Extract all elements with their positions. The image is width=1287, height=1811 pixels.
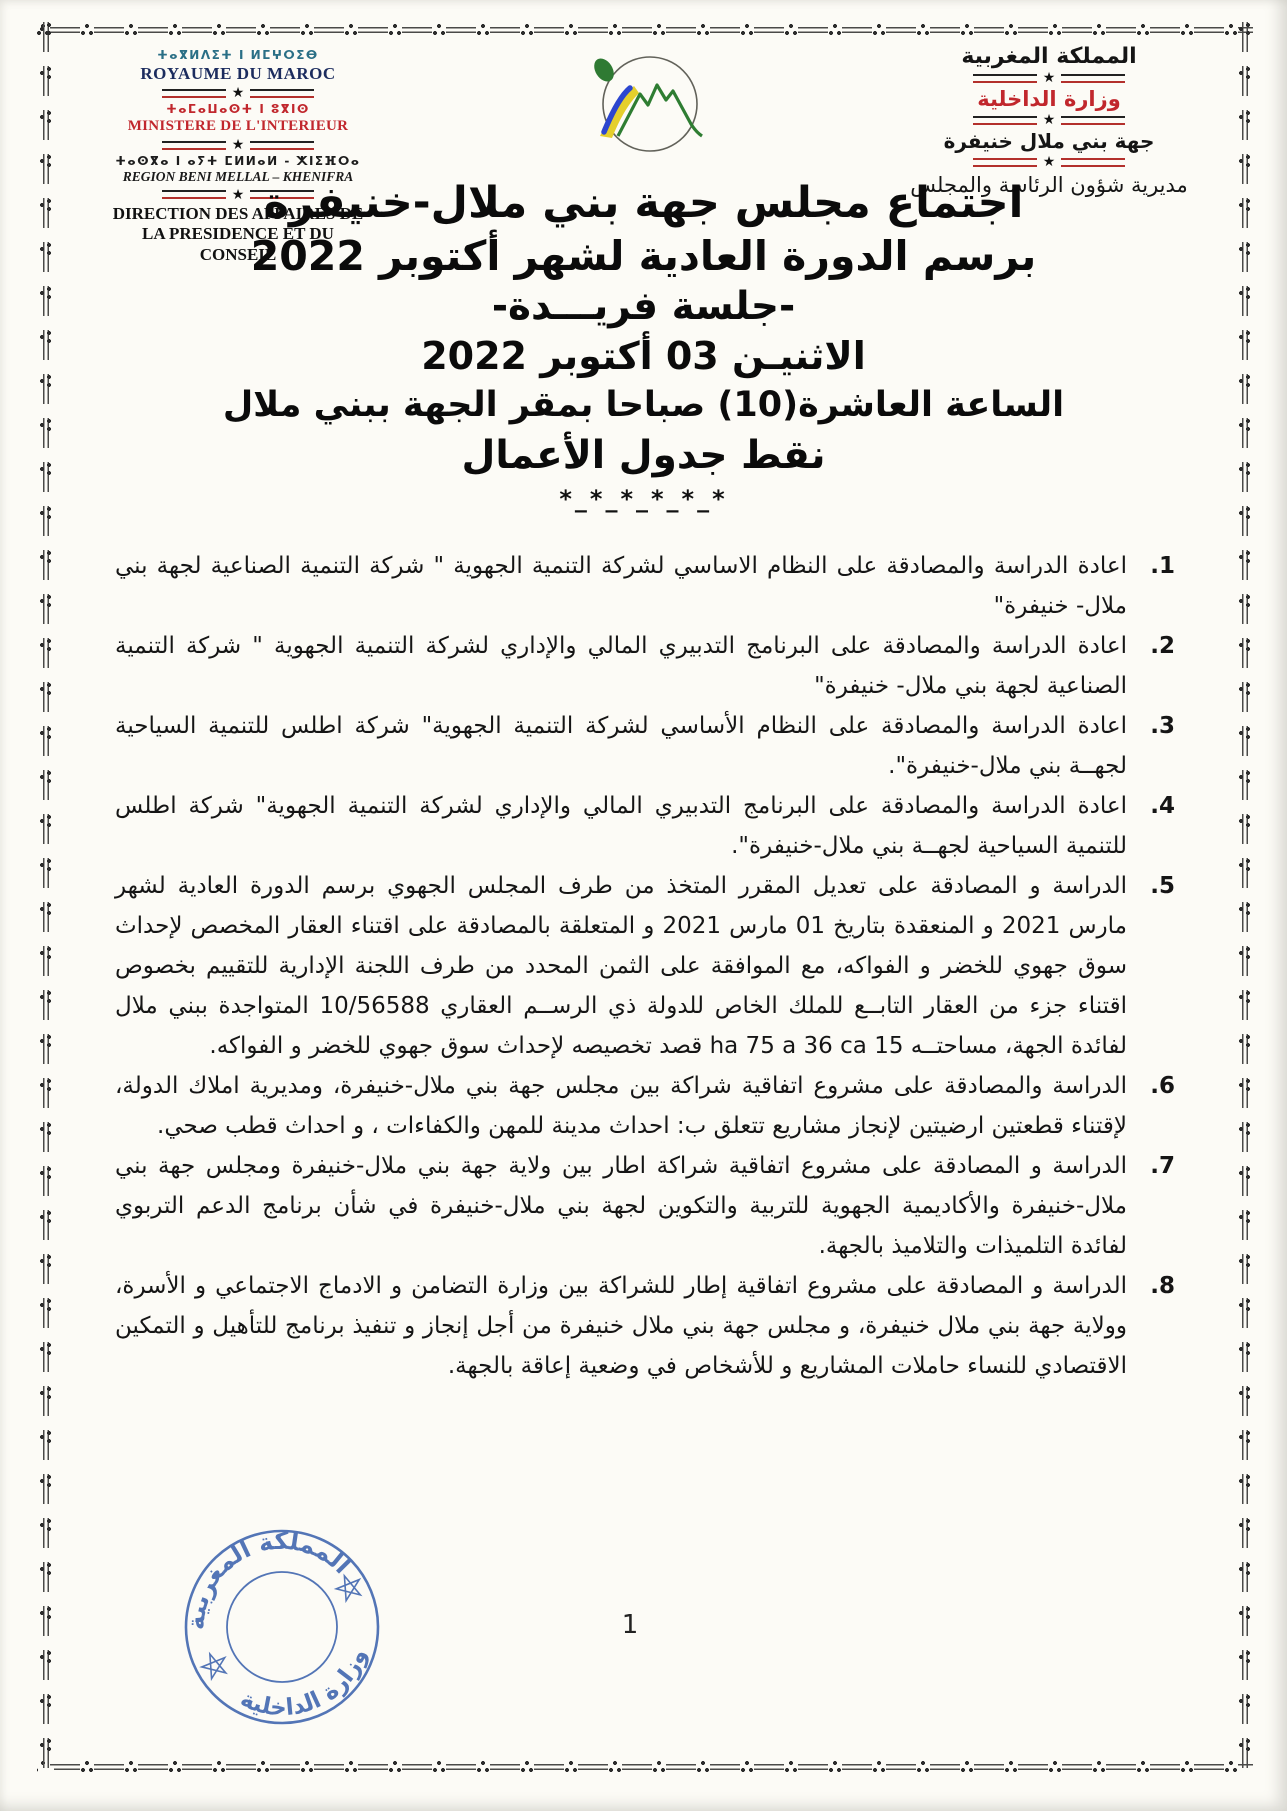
region-logo-graphic bbox=[578, 44, 728, 164]
divider-line bbox=[973, 158, 1037, 167]
agenda-item: 7. الدراسة و المصادقة على مشروع اتفاقية … bbox=[115, 1146, 1175, 1266]
title-line-3: -جلسة فريـــدة- bbox=[120, 282, 1167, 332]
agenda-item-number: 1. bbox=[1127, 546, 1175, 626]
star-icon: ★ bbox=[1043, 155, 1056, 169]
agenda-item: 8. الدراسة و المصادقة على مشروع اتفاقية … bbox=[115, 1266, 1175, 1386]
agenda-item-text: اعادة الدراسة والمصادقة على البرنامج الت… bbox=[115, 626, 1127, 706]
letterhead-arabic: المملكة المغربية ★ وزارة الداخلية ★ جهة … bbox=[899, 44, 1199, 197]
agenda-item: 6. الدراسة والمصادقة على مشروع اتفاقية ش… bbox=[115, 1066, 1175, 1146]
divider-line bbox=[250, 141, 314, 150]
divider-line bbox=[250, 89, 314, 98]
divider-line bbox=[973, 74, 1037, 83]
title-line-2: برسم الدورة العادية لشهر أكتوبر 2022 bbox=[120, 230, 1167, 282]
agenda-item-text: الدراسة و المصادقة على مشروع اتفاقية إطا… bbox=[115, 1266, 1127, 1386]
header-divider: ★ bbox=[108, 86, 368, 100]
agenda-item-text: اعادة الدراسة والمصادقة على البرنامج الت… bbox=[115, 786, 1127, 866]
tifinagh-region-line: ⵜⴰⵙⴳⴰ ⵏ ⴰⵢⵜ ⵎⵍⵍⴰⵍ - ⵅⵏⵉⴼⵔⴰ bbox=[108, 154, 368, 169]
ministry-ink-stamp: المملكة المغربية وزارة الداخلية bbox=[132, 1477, 431, 1776]
divider-line bbox=[1061, 158, 1125, 167]
header-divider: ★ bbox=[108, 138, 368, 152]
star-icon: ★ bbox=[232, 138, 245, 152]
agenda-item: 1. اعادة الدراسة والمصادقة على النظام ال… bbox=[115, 546, 1175, 626]
agenda-item-number: 8. bbox=[1127, 1266, 1175, 1386]
agenda-item-number: 3. bbox=[1127, 706, 1175, 786]
agenda-list: 1. اعادة الدراسة والمصادقة على النظام ال… bbox=[115, 546, 1175, 1386]
meeting-title-block: اجتماع مجلس جهة بني ملال-خنيفرة برسم الد… bbox=[120, 176, 1167, 516]
divider-line bbox=[973, 116, 1037, 125]
header-divider: ★ bbox=[899, 113, 1199, 127]
page-number: 1 bbox=[600, 1610, 660, 1640]
title-line-4: الاثنيـن 03 أكتوبر 2022 bbox=[120, 332, 1167, 380]
kingdom-fr-line: ROYAUME DU MAROC bbox=[108, 63, 368, 84]
agenda-item-text: اعادة الدراسة والمصادقة على النظام الاسا… bbox=[115, 546, 1127, 626]
agenda-item-text: الدراسة و المصادقة على مشروع اتفاقية شرا… bbox=[115, 1146, 1127, 1266]
star-icon: ★ bbox=[1043, 113, 1056, 127]
title-line-1: اجتماع مجلس جهة بني ملال-خنيفرة bbox=[120, 176, 1167, 230]
border-top bbox=[36, 22, 1253, 38]
stamp-top-text: المملكة المغربية bbox=[158, 1499, 361, 1640]
agenda-item-text: الدراسة و المصادقة على تعديل المقرر المت… bbox=[115, 866, 1127, 1066]
stamp-bottom-text: وزارة الداخلية bbox=[230, 1638, 386, 1742]
title-line-6: نقط جدول الأعمال bbox=[120, 430, 1167, 482]
agenda-item-text: الدراسة والمصادقة على مشروع اتفاقية شراك… bbox=[115, 1066, 1127, 1146]
agenda-item: 2. اعادة الدراسة والمصادقة على البرنامج … bbox=[115, 626, 1175, 706]
agenda-item-number: 5. bbox=[1127, 866, 1175, 1066]
border-right bbox=[1237, 22, 1253, 1775]
logo-leaf bbox=[590, 55, 618, 85]
agenda-item-text: اعادة الدراسة والمصادقة على النظام الأسا… bbox=[115, 706, 1127, 786]
header-divider: ★ bbox=[899, 71, 1199, 85]
tifinagh-kingdom-line: ⵜⴰⴳⵍⴷⵉⵜ ⵏ ⵍⵎⵖⵔⵉⴱ bbox=[108, 48, 368, 63]
divider-line bbox=[162, 89, 226, 98]
title-separator: *_*_*_*_*_* bbox=[120, 482, 1167, 516]
header-divider: ★ bbox=[899, 155, 1199, 169]
kingdom-ar-line: المملكة المغربية bbox=[899, 44, 1199, 69]
divider-line bbox=[1061, 116, 1125, 125]
divider-line bbox=[162, 141, 226, 150]
region-logo bbox=[578, 44, 728, 168]
agenda-item: 4. اعادة الدراسة والمصادقة على البرنامج … bbox=[115, 786, 1175, 866]
title-line-5: الساعة العاشرة(10) صباحا بمقر الجهة ببني… bbox=[120, 380, 1167, 430]
ministry-fr-line: MINISTERE DE L'INTERIEUR bbox=[108, 117, 368, 136]
divider-line bbox=[1061, 74, 1125, 83]
agenda-item-number: 6. bbox=[1127, 1066, 1175, 1146]
document-page: ⵜⴰⴳⵍⴷⵉⵜ ⵏ ⵍⵎⵖⵔⵉⴱ ROYAUME DU MAROC ★ ⵜⴰⵎⴰ… bbox=[0, 0, 1287, 1811]
border-left bbox=[38, 22, 54, 1775]
agenda-item-number: 4. bbox=[1127, 786, 1175, 866]
star-icon: ★ bbox=[232, 86, 245, 100]
agenda-item: 3. اعادة الدراسة والمصادقة على النظام ال… bbox=[115, 706, 1175, 786]
agenda-item: 5. الدراسة و المصادقة على تعديل المقرر ا… bbox=[115, 866, 1175, 1066]
agenda-item-number: 7. bbox=[1127, 1146, 1175, 1266]
stamp-star-icon bbox=[198, 1649, 230, 1680]
agenda-item-number: 2. bbox=[1127, 626, 1175, 706]
region-ar-line: جهة بني ملال خنيفرة bbox=[899, 129, 1199, 153]
ministry-ar-line: وزارة الداخلية bbox=[899, 87, 1199, 111]
stamp-graphic: المملكة المغربية وزارة الداخلية bbox=[132, 1477, 431, 1776]
tifinagh-ministry-line: ⵜⴰⵎⴰⵡⴰⵙⵜ ⵏ ⵓⴳⵏⵙ bbox=[108, 102, 368, 117]
star-icon: ★ bbox=[1043, 71, 1056, 85]
